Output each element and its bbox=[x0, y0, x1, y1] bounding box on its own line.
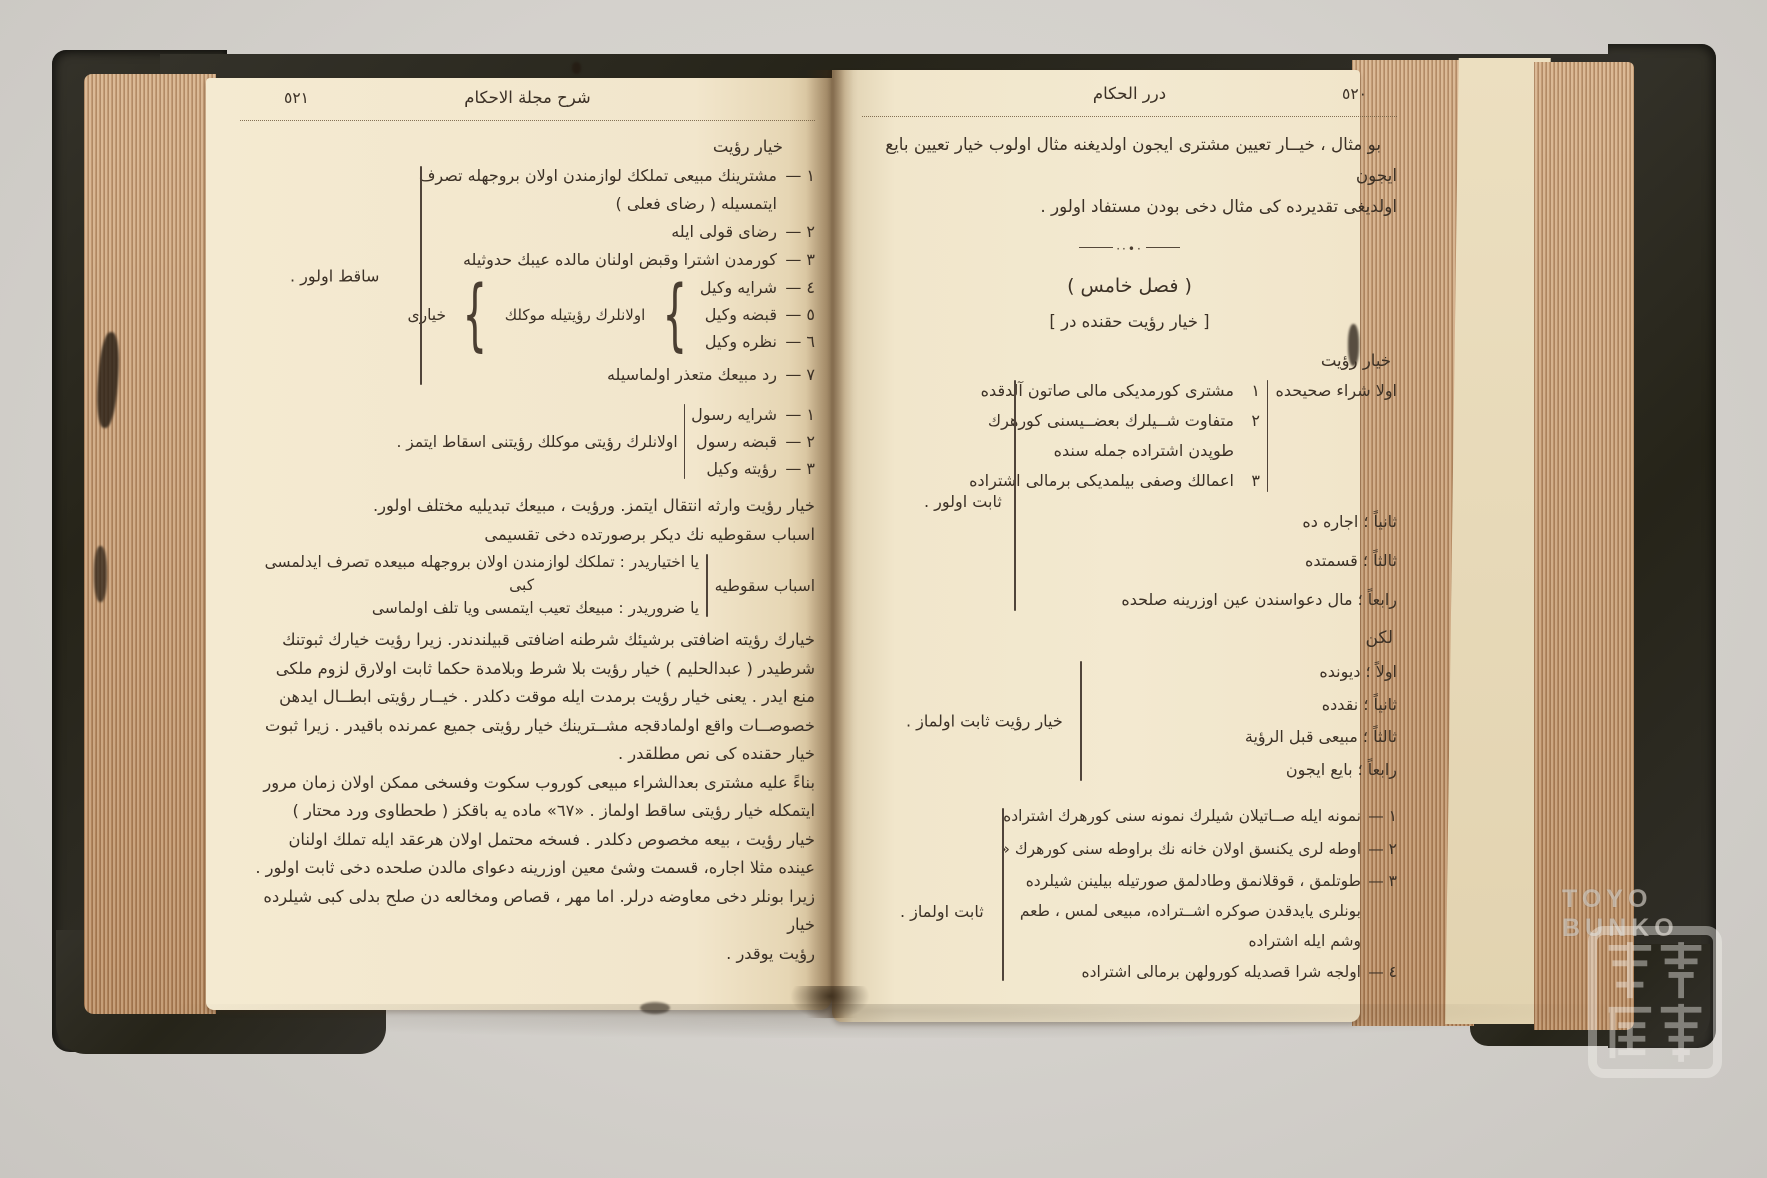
sukut-options: يا اختياريدر : تملكك لوازمندن اولان بروج… bbox=[265, 551, 700, 620]
chapter-title: ( فصل خامس ) bbox=[862, 275, 1397, 297]
item-number-spacer bbox=[1361, 896, 1397, 926]
notsabit-list: ١ — نمونه ايله صــاتيلان شيلرك نمونه سنى… bbox=[862, 800, 1397, 989]
item-text: قبضه وكيل bbox=[705, 301, 777, 328]
item-text: نظره وكيل bbox=[705, 328, 777, 355]
item-text: نمونه ايله صــاتيلان شيلرك نمونه سنى كور… bbox=[1003, 800, 1361, 833]
book-drop-shadow bbox=[180, 1004, 1610, 1038]
list-item: ٢ — قبضه رسول bbox=[691, 428, 815, 455]
list-item: ٤ — شرايه وكيل bbox=[700, 274, 815, 301]
ink-smudge bbox=[640, 1002, 670, 1014]
item-text: وشم ايله اشتراده bbox=[1248, 926, 1361, 956]
item-text: متفاوت شــيلرك بعضــيسنى كورهرك bbox=[988, 406, 1234, 436]
item-number: ١ — bbox=[777, 162, 815, 190]
paragraph-line: خيار رؤيت ، بيعه مخصوص دكلدر . فسخه محتم… bbox=[240, 826, 815, 855]
list-item: ٢ متفاوت شــيلرك بعضــيسنى كورهرك bbox=[969, 406, 1260, 436]
sakit-group: ١ — مشترينك مبيعى تملكك لوازمندن اولان ب… bbox=[240, 162, 815, 389]
item-number: ٣ — bbox=[777, 455, 815, 482]
list-item: ٤ — اولجه شرا قصديله كورولهن برمالى اشتر… bbox=[862, 956, 1397, 989]
right-section-heading: خيار رؤيت bbox=[862, 351, 1397, 370]
page-fore-edge-left bbox=[84, 74, 216, 1014]
vekil-items: ٤ — شرايه وكيل ٥ — قبضه وكيل ٦ — نظره وك… bbox=[700, 274, 815, 355]
brace-icon bbox=[650, 276, 700, 354]
group-result-label: خيار رؤيت ثابت اولماز . bbox=[906, 712, 1063, 731]
vekil-result-text: خيارى bbox=[403, 306, 450, 324]
list-item: ٥ — قبضه وكيل bbox=[700, 301, 815, 328]
group-brace-line bbox=[706, 554, 708, 617]
left-page-header: ٥٢١ شرح مجلة الاحكام bbox=[240, 88, 815, 114]
chapter-subtitle: [ خيار رؤيت حقنده در ] bbox=[862, 312, 1397, 331]
option-line: كبى bbox=[265, 574, 700, 597]
item-text: رضاى قولى ايله bbox=[671, 218, 777, 246]
brace-icon bbox=[450, 276, 500, 354]
group-brace-line bbox=[684, 404, 686, 479]
item-text: طوتلمق ، قوقلانمق وطادلمق صورتيله بيلينن… bbox=[1026, 866, 1361, 896]
item-number: ٤ — bbox=[777, 274, 815, 301]
paragraph-line: خصوصــات واقع اولمادقجه مشــترينك خيار ر… bbox=[240, 712, 815, 741]
group-result-label: اولانلرك رؤيتى موكلك رؤيتنى اسقاط ايتمز … bbox=[396, 433, 677, 451]
separator-dots bbox=[1116, 238, 1143, 257]
list-item: ٣ — رؤيته وكيل bbox=[691, 455, 815, 482]
ink-smudge bbox=[94, 546, 107, 602]
vekil-subgroup: ٤ — شرايه وكيل ٥ — قبضه وكيل ٦ — نظره وك… bbox=[240, 274, 815, 355]
group-result-label: ثابت اولماز . bbox=[900, 902, 984, 921]
list-item: اولاً ؛ ديونده bbox=[862, 656, 1397, 689]
lakin-label: لكن bbox=[862, 628, 1397, 648]
item-text: شرايه رسول bbox=[691, 401, 777, 428]
list-item: ٢ — رضاى قولى ايله bbox=[240, 218, 815, 246]
paragraph-line: بو مثال ، خيــار تعيين مشترى ايجون اولدي… bbox=[862, 129, 1397, 191]
item-number: ٣ bbox=[1234, 466, 1260, 496]
paragraph: خيارك رؤيته اضافتى برشيئك شرطنه اضافتى ق… bbox=[240, 626, 815, 769]
paragraph-line: زيرا بونلر دخى معاوضه درلر. اما مهر ، قص… bbox=[240, 883, 815, 940]
option-line: يا ضروريدر : مبيعك تعيب ايتمسى ويا تلف ا… bbox=[265, 597, 700, 620]
header-rule bbox=[862, 114, 1397, 117]
right-page-text: ٥٢٠ درر الحكام بو مثال ، خيــار تعيين مش… bbox=[862, 84, 1397, 989]
item-text: بونلرى يايدقدن صوكره اشــتراده، مبيعى لم… bbox=[1020, 896, 1361, 926]
separator-line bbox=[1146, 247, 1180, 248]
paragraph-line: خيار رؤيت وارثه انتقال ايتمز. ورؤيت ، مب… bbox=[240, 492, 815, 521]
left-page-number: ٥٢١ bbox=[284, 89, 309, 107]
item-number: ٣ — bbox=[1361, 866, 1397, 896]
item-text: رد مبيعك متعذر اولماسيله bbox=[607, 361, 777, 389]
group-brace-line bbox=[1080, 661, 1082, 781]
list-item-continuation: وشم ايله اشتراده bbox=[862, 926, 1397, 956]
list-item: ١ مشترى كورمديكى مالى صاتون آلدقده bbox=[969, 376, 1260, 406]
list-item: ٦ — نظره وكيل bbox=[700, 328, 815, 355]
right-page-header: ٥٢٠ درر الحكام bbox=[862, 84, 1397, 110]
item-number: ٢ bbox=[1234, 406, 1260, 436]
left-running-title: شرح مجلة الاحكام bbox=[240, 88, 815, 107]
item-number: ٤ — bbox=[1361, 956, 1397, 989]
intro-paragraph: بو مثال ، خيــار تعيين مشترى ايجون اولدي… bbox=[862, 129, 1397, 222]
group-brace-line bbox=[1014, 380, 1016, 611]
paragraph-line: خيارك رؤيته اضافتى برشيئك شرطنه اضافتى ق… bbox=[240, 626, 815, 655]
item-number-spacer bbox=[1361, 926, 1397, 956]
sukut-group: اسباب سقوطيه يا اختياريدر : تملكك لوازمن… bbox=[240, 551, 815, 620]
item-number: ٧ — bbox=[777, 361, 815, 389]
group-brace-line bbox=[420, 166, 422, 385]
item-text: كورمدن اشترا وقبض اولنان مالده عيبك حدوث… bbox=[463, 246, 777, 274]
right-running-title: درر الحكام bbox=[862, 84, 1397, 103]
sabit-items: ١ مشترى كورمديكى مالى صاتون آلدقده ٢ متف… bbox=[969, 376, 1260, 496]
list-item: رابعاً ؛ بايع ايجون bbox=[862, 754, 1397, 787]
group-brace-line bbox=[1002, 808, 1004, 981]
item-number: ٢ — bbox=[777, 428, 815, 455]
list-item: ٢ — اوطه لرى يكنسق اولان خانه نك براوطه … bbox=[862, 833, 1397, 866]
paragraph: خيار رؤيت وارثه انتقال ايتمز. ورؤيت ، مب… bbox=[240, 492, 815, 549]
item-text: ايتمسيله ( رضاى فعلى ) bbox=[616, 190, 816, 218]
paragraph-line: ايتمكله خيار رؤيتى ساقط اولماز . «٦٧» ما… bbox=[240, 797, 815, 826]
book-photo: ٥٢١ شرح مجلة الاحكام خيار رؤيت ١ — مشتري… bbox=[0, 0, 1767, 1178]
list-item: ١ — نمونه ايله صــاتيلان شيلرك نمونه سنى… bbox=[862, 800, 1397, 833]
header-rule bbox=[240, 118, 815, 121]
paragraph-line: منع ايدر . يعنى خيار رؤيت برمدت ايله موق… bbox=[240, 683, 815, 712]
item-number: ٢ — bbox=[1361, 833, 1397, 866]
item-text: شرايه وكيل bbox=[700, 274, 777, 301]
item-text: اوطه لرى يكنسق اولان خانه نك براوطه سنى … bbox=[1000, 833, 1361, 866]
list-item: ثالثاً ؛ قسمتده bbox=[862, 548, 1397, 574]
left-page-text: ٥٢١ شرح مجلة الاحكام خيار رؤيت ١ — مشتري… bbox=[240, 88, 815, 968]
item-number: ١ — bbox=[1361, 800, 1397, 833]
list-item-continuation: ايتمسيله ( رضاى فعلى ) bbox=[240, 190, 815, 218]
list-item: ٣ — طوتلمق ، قوقلانمق وطادلمق صورتيله بي… bbox=[862, 866, 1397, 896]
paragraph-line: بناءً عليه مشترى بعدالشراء مبيعى كوروب س… bbox=[240, 769, 815, 798]
sabit-row: اولا شراء صحيحده ١ مشترى كورمديكى مالى ص… bbox=[862, 376, 1397, 496]
list-item: ٣ اعمالك وصفى بيلمديكى برمالى اشتراده bbox=[969, 466, 1260, 496]
list-item: ١ — مشترينك مبيعى تملكك لوازمندن اولان ب… bbox=[240, 162, 815, 190]
list-item: ٧ — رد مبيعك متعذر اولماسيله bbox=[240, 361, 815, 389]
item-text: اعمالك وصفى بيلمديكى برمالى اشتراده bbox=[969, 466, 1234, 496]
rasul-items: ١ — شرايه رسول ٢ — قبضه رسول ٣ — رؤيته و… bbox=[691, 401, 815, 482]
left-section-heading: خيار رؤيت bbox=[240, 137, 815, 156]
list-item: ١ — شرايه رسول bbox=[691, 401, 815, 428]
group-brace-line bbox=[1267, 380, 1269, 492]
group-lead-label: اسباب سقوطيه bbox=[715, 577, 815, 595]
paragraph-line: عينده مثلا اجاره، قسمت وشئ معين اوزرينه … bbox=[240, 854, 815, 883]
option-line: يا اختياريدر : تملكك لوازمندن اولان بروج… bbox=[265, 551, 700, 574]
item-text: قبضه رسول bbox=[696, 428, 777, 455]
item-number: ١ — bbox=[777, 401, 815, 428]
item-number: ١ bbox=[1234, 376, 1260, 406]
item-text: طوپدن اشتراده جمله سنده bbox=[1054, 436, 1260, 466]
vekil-middle-text: اولانلرك رؤيتيله موكلك bbox=[500, 306, 651, 324]
paragraph-line: اسباب سقوطيه نك ديكر برصورتده دخى تقسيمى bbox=[240, 521, 815, 550]
list-item-continuation: طوپدن اشتراده جمله سنده bbox=[969, 436, 1260, 466]
separator-line bbox=[1079, 247, 1113, 248]
page-fore-edge-right-outer bbox=[1534, 62, 1634, 1030]
paragraph-line: خيار حقنده كى نص مطلقدر . bbox=[240, 740, 815, 769]
group-lead-label: اولا شراء صحيحده bbox=[1275, 376, 1397, 496]
paragraph: بناءً عليه مشترى بعدالشراء مبيعى كوروب س… bbox=[240, 769, 815, 826]
item-number: ٣ — bbox=[777, 246, 815, 274]
item-number: ٢ — bbox=[777, 218, 815, 246]
rasul-group: ١ — شرايه رسول ٢ — قبضه رسول ٣ — رؤيته و… bbox=[240, 401, 815, 482]
item-text: مشترينك مبيعى تملكك لوازمندن اولان بروجه… bbox=[419, 162, 777, 190]
group-result-label: ساقط اولور . bbox=[290, 266, 379, 285]
right-page-number: ٥٢٠ bbox=[1342, 85, 1367, 103]
sabit-group: اولا شراء صحيحده ١ مشترى كورمديكى مالى ص… bbox=[862, 376, 1397, 613]
paragraph-line: رؤيت يوقدر . bbox=[240, 940, 815, 969]
paragraph: خيار رؤيت ، بيعه مخصوص دكلدر . فسخه محتم… bbox=[240, 826, 815, 969]
item-text: مشترى كورمديكى مالى صاتون آلدقده bbox=[981, 376, 1234, 406]
paragraph-line: شرطيدر ( عبدالحليم ) خيار رؤيت بلا شرط و… bbox=[240, 655, 815, 684]
item-number: ٥ — bbox=[777, 301, 815, 328]
paragraph-line: اولديغى تقديرده كى مثال دخى بودن مستفاد … bbox=[862, 191, 1397, 222]
item-text: اولجه شرا قصديله كورولهن برمالى اشتراده bbox=[1082, 956, 1361, 989]
item-text: رؤيته وكيل bbox=[706, 455, 777, 482]
item-number: ٦ — bbox=[777, 328, 815, 355]
list-item: ثانياً ؛ اجاره ده bbox=[862, 509, 1397, 535]
ink-smudge bbox=[572, 62, 581, 74]
list-item: رابعاً ؛ مال دعواسندن عين اوزرينه صلحده bbox=[862, 587, 1397, 613]
notsabit-group: اولاً ؛ ديونده ثانياً ؛ نقدده ثالثاً ؛ م… bbox=[862, 656, 1397, 786]
group-result-label: ثابت اولور . bbox=[924, 492, 1002, 511]
separator-ornament bbox=[862, 238, 1397, 257]
